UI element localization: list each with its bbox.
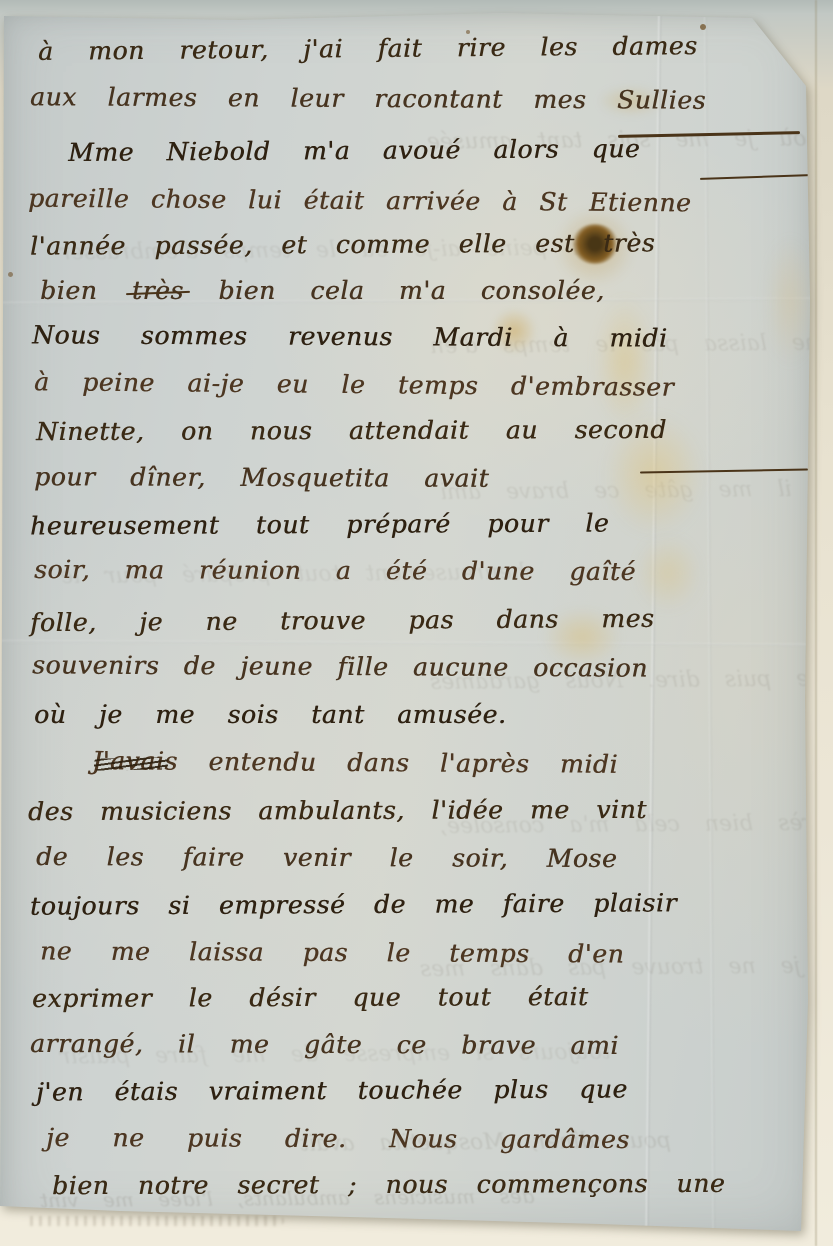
- letter-paper: où je me sois tant amusée.à peine ai-je …: [0, 0, 814, 1234]
- flourish-stroke: [640, 469, 808, 474]
- scanned-letter: où je me sois tant amusée.à peine ai-je …: [0, 0, 833, 1246]
- manuscript-line: à mon retour, j'ai fait rire les dames: [38, 31, 698, 66]
- manuscript-line: bien notre secret ; nous commençons une: [52, 1169, 725, 1200]
- manuscript-line: folle, je ne trouve pas dans mes: [30, 604, 655, 637]
- manuscript-line: arrangé, il me gâte ce brave ami: [30, 1029, 619, 1060]
- manuscript-line: souvenirs de jeune fille aucune occasion: [32, 650, 648, 682]
- manuscript-line: J'avais entendu dans l'après midi: [92, 746, 618, 779]
- dash-stroke: [700, 174, 812, 180]
- manuscript-line: à peine ai-je eu le temps d'embrasser: [34, 367, 674, 402]
- manuscript-line: heureusement tout préparé pour le: [30, 508, 609, 540]
- manuscript-line: exprimer le désir que tout était: [32, 982, 589, 1013]
- stain: [596, 298, 654, 426]
- manuscript-line: bien très bien cela m'a consolée,: [40, 276, 605, 305]
- manuscript-line: ne me laissa pas le temps d'en: [40, 936, 624, 968]
- manuscript-line: pareille chose lui était arrivée à St Et…: [28, 184, 692, 218]
- manuscript-line: soir, ma réunion a été d'une gaîté: [34, 555, 636, 586]
- manuscript-line: Ninette, on nous attendait au second: [36, 415, 667, 446]
- paper-speck: [8, 272, 13, 277]
- manuscript-line: pour dîner, Mosquetita avait: [34, 462, 489, 493]
- vertical-crease: [704, 0, 716, 1234]
- manuscript-line: je ne puis dire. Nous gardâmes: [46, 1123, 630, 1154]
- manuscript-line: Nous sommes revenus Mardi à midi: [32, 320, 668, 352]
- manuscript-line: l'année passée, et comme elle est très: [30, 228, 655, 260]
- stain: [636, 536, 700, 610]
- letter-paper-wrap: où je me sois tant amusée.à peine ai-je …: [0, 0, 833, 1246]
- manuscript-line: Mme Niebold m'a avoué alors que: [68, 134, 640, 167]
- manuscript-line: des musiciens ambulants, l'idée me vint: [28, 795, 647, 826]
- paper-speck: [700, 24, 706, 30]
- manuscript-line: j'en étais vraiment touchée plus que: [36, 1074, 628, 1106]
- manuscript-line: aux larmes en leur racontant mes Sullies: [30, 82, 706, 115]
- correction-scribble: [94, 757, 168, 770]
- manuscript-line: de les faire venir le soir, Mose: [36, 842, 617, 873]
- horizontal-crease: [0, 640, 814, 646]
- manuscript-line: toujours si empressé de me faire plaisir: [30, 888, 677, 920]
- manuscript-line: où je me sois tant amusée.: [34, 700, 506, 729]
- bleedthrough-text: arrangé, il me gâte ce brave ami: [440, 476, 833, 505]
